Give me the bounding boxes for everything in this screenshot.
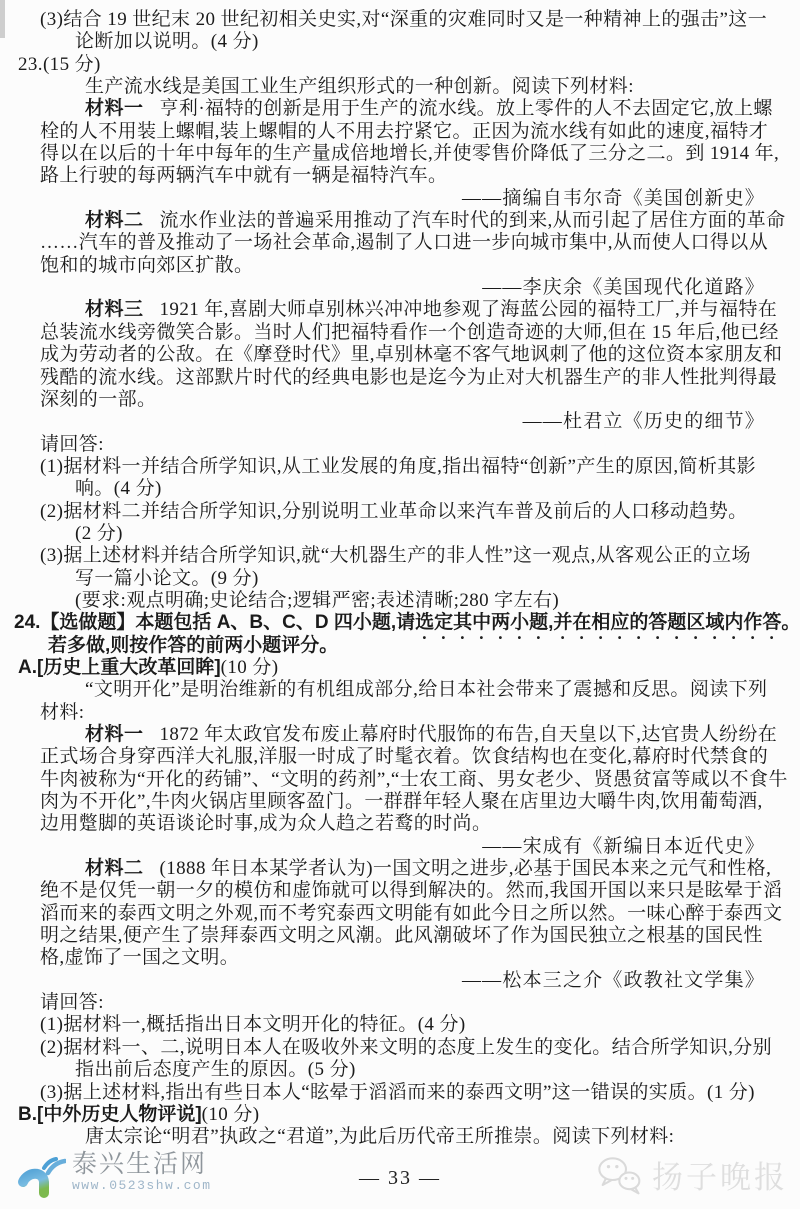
site-logo: 泰兴生活网 www.0523shw.com: [10, 1146, 212, 1202]
text-line: 残酷的流水线。这部默片时代的经典电影也是迄今为止对大机器生产的非人性批判得最: [40, 367, 777, 388]
q23-material3-line: 残酷的流水线。这部默片时代的经典电影也是迄今为止对大机器生产的非人性批判得最: [40, 367, 765, 389]
q23-material1-line: 材料一亨利·福特的创新是用于生产的流水线。放上零件的人不去固定它,放上螺: [40, 98, 765, 120]
optionB-score: (10 分): [202, 1104, 260, 1125]
optionA-letter: A.: [18, 657, 37, 678]
text-line: 指出前后态度产生的原因。(5 分): [75, 1059, 356, 1080]
q23-material3-line: 深刻的一部。: [40, 389, 765, 411]
text-line: (要求:观点明确;史论结合;逻辑严密;表述清晰;280 字左右): [75, 590, 559, 611]
text-line: 明之结果,便产生了崇拜泰西文明之风潮。此风潮破坏了作为国民独立之根基的国民性: [40, 925, 763, 946]
site-logo-icon: [10, 1146, 66, 1202]
text-line: 牛肉被称为“开化的药铺”、“文明的药剂”,“士农工商、男女老少、贤愚贫富等咸以不…: [40, 769, 788, 790]
optionA-title: [历史上重大改革回眸]: [37, 657, 221, 678]
q23-subq2-line: (2)据材料二并结合所学知识,分别说明工业革命以来汽车普及前后的人口移动趋势。: [40, 501, 765, 523]
text-line: (1)据材料一,概括指出日本文明开化的特征。(4 分): [40, 1014, 466, 1035]
text-line: 得以在以后的十年中每年的生产量成倍地增长,并使零售价降低了三分之二。到 1914…: [40, 143, 779, 164]
text-line: 响。(4 分): [75, 478, 162, 499]
prev-question-line: 论断加以说明。(4 分): [40, 31, 765, 53]
material1-label: 材料一: [85, 724, 144, 745]
optionB-letter: B.: [18, 1104, 37, 1125]
text-line: 若多做,则按作答的前两小题评分。: [48, 635, 338, 656]
source-attribution: ——李庆余《美国现代化道路》: [482, 277, 765, 298]
optionA-material1-line: 肉为不开化”,牛肉火锅店里顾客盈门。一群群年轻人聚在店里边大嚼牛肉,饮用葡萄酒,: [40, 791, 765, 813]
q23-material3-line: 成为劳动者的公敌。在《摩登时代》里,卓别林毫不客气地讽刺了他的这位资本家朋友和: [40, 344, 765, 366]
text-line: 路上行驶的每两辆汽车中就有一辆是福特汽车。: [40, 165, 447, 186]
optionA-material1-line: 材料一1872 年太政官发布废止幕府时代服饰的布告,自天皇以下,达官贵人纷纷在: [40, 724, 765, 746]
text-line: (1888 年日本某学者认为)一国文明之进步,必基于国民本来之元气和性格,: [160, 858, 772, 879]
material1-label: 材料一: [85, 98, 144, 119]
material2-label: 材料二: [85, 858, 144, 879]
optionA-intro-line: 材料:: [40, 702, 765, 724]
q24-heading: 24.【选做题】本题包括 A、B、C、D 四小题,请选定其中两小题,并在相应的答…: [14, 612, 765, 634]
q23-material2-line: 饱和的城市向郊区扩散。: [40, 255, 765, 277]
q23-material1-source: ——摘编自韦尔奇《美国创新史》: [40, 188, 765, 210]
text-line: (3)据上述材料,指出有些日本人“眩晕于滔滔而来的泰西文明”这一错误的实质。(1…: [40, 1082, 755, 1103]
optionB-title: [中外历史人物评说]: [37, 1104, 202, 1125]
q23-subq2-line: (2 分): [40, 523, 765, 545]
text-line: 材料:: [40, 702, 84, 723]
q24-heading-cont: 若多做,则按作答的前两小题评分。: [40, 635, 765, 657]
q23-material2-line: ……汽车的普及推动了一场社会革命,遏制了人口进一步向城市集中,从而使人口得以从: [40, 232, 765, 254]
q23-subq3-line: 写一篇小论文。(9 分): [40, 568, 765, 590]
text-line: (3)据上述材料并结合所学知识,就“大机器生产的非人性”这一观点,从客观公正的立…: [40, 545, 751, 566]
text-line: 亨利·福特的创新是用于生产的流水线。放上零件的人不去固定它,放上螺: [160, 98, 773, 119]
text-line: 正式场合身穿西洋大礼服,洋服一时成了时髦衣着。饮食结构也在变化,幕府时代禁食的: [40, 746, 768, 767]
q23-heading: 23.(15 分): [18, 54, 765, 76]
q23-material1-line: 得以在以后的十年中每年的生产量成倍地增长,并使零售价降低了三分之二。到 1914…: [40, 143, 765, 165]
text-line: ……汽车的普及推动了一场社会革命,遏制了人口进一步向城市集中,从而使人口得以从: [40, 232, 768, 253]
optionA-material1-line: 牛肉被称为“开化的药铺”、“文明的药剂”,“士农工商、男女老少、贤愚贫富等咸以不…: [40, 769, 765, 791]
q23-number: 23.(15 分): [18, 54, 101, 75]
site-logo-text: 泰兴生活网 www.0523shw.com: [72, 1146, 212, 1194]
optionA-material2-line: 材料二(1888 年日本某学者认为)一国文明之进步,必基于国民本来之元气和性格,: [40, 858, 765, 880]
q23-intro: 生产流水线是美国工业生产组织形式的一种创新。阅读下列材料:: [40, 76, 765, 98]
site-name: 泰兴生活网: [72, 1150, 212, 1178]
text-line: 深刻的一部。: [40, 389, 156, 410]
text-line: 饱和的城市向郊区扩散。: [40, 255, 253, 276]
optionA-material1-line: 边用蹩脚的英语谈论时事,成为众人趋之若鹜的时尚。: [40, 813, 765, 835]
optionA-material2-line: 格,虚饰了一国之文明。: [40, 947, 765, 969]
newspaper-watermark: 扬子晚报: [596, 1152, 788, 1197]
text-line: 论断加以说明。(4 分): [75, 31, 259, 52]
text-line: 边用蹩脚的英语谈论时事,成为众人趋之若鹜的时尚。: [40, 813, 491, 834]
text-line: 滔而来的泰西文明之外观,而不考究泰西文明能有如此今日之所以然。一味心醉于泰西文: [40, 903, 782, 924]
optionA-material2-line: 滔而来的泰西文明之外观,而不考究泰西文明能有如此今日之所以然。一味心醉于泰西文: [40, 903, 765, 925]
text-line: 肉为不开化”,牛肉火锅店里顾客盈门。一群群年轻人聚在店里边大嚼牛肉,饮用葡萄酒,: [40, 791, 763, 812]
exam-page-content: (3)结合 19 世纪末 20 世纪初相关史实,对“深重的灾难同时又是一种精神上…: [0, 0, 800, 1149]
prev-question-line: (3)结合 19 世纪末 20 世纪初相关史实,对“深重的灾难同时又是一种精神上…: [40, 9, 765, 31]
watermark-text: 扬子晚报: [652, 1152, 788, 1197]
text-line: 成为劳动者的公敌。在《摩登时代》里,卓别林毫不客气地讽刺了他的这位资本家朋友和: [40, 344, 782, 365]
optionA-intro-line: “文明开化”是明治维新的有机组成部分,给日本社会带来了震撼和反思。阅读下列: [40, 679, 765, 701]
q23-subq1-line: 响。(4 分): [40, 478, 765, 500]
optionA-material1-source: ——宋成有《新编日本近代史》: [40, 836, 765, 858]
q23-material2-line: 材料二流水作业法的普遍采用推动了汽车时代的到来,从而引起了居住方面的革命: [40, 210, 765, 232]
optionB-heading: B.[中外历史人物评说](10 分): [18, 1104, 765, 1126]
optionA-material2-source: ——松本三之介《政教社文学集》: [40, 970, 765, 992]
optionA-subq2-line: (2)据材料一、二,说明日本人在吸收外来文明的态度上发生的变化。结合所学知识,分…: [40, 1037, 765, 1059]
q23-material3-line: 总装流水线旁微笑合影。当时人们把福特看作一个创造奇迹的大师,但在 15 年后,他…: [40, 322, 765, 344]
text-line: 栓的人不用装上螺帽,装上螺帽的人不用去拧紧它。正因为流水线有如此的速度,福特才: [40, 121, 768, 142]
site-url: www.0523shw.com: [72, 1178, 212, 1194]
optionA-material2-line: 绝不是仅凭一朝一夕的模仿和虚饰就可以得到解决的。然而,我国开国以来只是眩晕于滔: [40, 880, 765, 902]
text-line: 唐太宗论“明君”执政之“君道”,为此后历代帝王所推崇。阅读下列材料:: [85, 1126, 674, 1147]
text-line: 生产流水线是美国工业生产组织形式的一种创新。阅读下列材料:: [85, 76, 634, 97]
text-line: (2)据材料二并结合所学知识,分别说明工业革命以来汽车普及前后的人口移动趋势。: [40, 501, 748, 522]
text-line: (3)结合 19 世纪末 20 世纪初相关史实,对“深重的灾难同时又是一种精神上…: [40, 9, 767, 30]
q24-emphasized-text: 选定其中两小题,并在相应的答题区域内作答。: [415, 612, 800, 633]
optionA-subq2-line: 指出前后态度产生的原因。(5 分): [40, 1059, 765, 1081]
material3-label: 材料三: [85, 299, 144, 320]
optionA-ask: 请回答:: [40, 992, 765, 1014]
source-attribution: ——松本三之介《政教社文学集》: [462, 970, 765, 991]
text-line: 格,虚饰了一国之文明。: [40, 947, 239, 968]
text-line: “文明开化”是明治维新的有机组成部分,给日本社会带来了震撼和反思。阅读下列: [85, 679, 767, 700]
material2-label: 材料二: [85, 210, 144, 231]
optionA-heading: A.[历史上重大改革回眸](10 分): [18, 657, 765, 679]
source-attribution: ——杜君立《历史的细节》: [523, 411, 765, 432]
optionA-score: (10 分): [221, 657, 279, 678]
q23-subq3-line: (3)据上述材料并结合所学知识,就“大机器生产的非人性”这一观点,从客观公正的立…: [40, 545, 765, 567]
q23-material1-line: 栓的人不用装上螺帽,装上螺帽的人不用去拧紧它。正因为流水线有如此的速度,福特才: [40, 121, 765, 143]
text-line: 总装流水线旁微笑合影。当时人们把福特看作一个创造奇迹的大师,但在 15 年后,他…: [40, 322, 779, 343]
text-line: 1872 年太政官发布废止幕府时代服饰的布告,自天皇以下,达官贵人纷纷在: [160, 724, 778, 745]
wechat-icon: [596, 1153, 652, 1197]
text-line: (2)据材料一、二,说明日本人在吸收外来文明的态度上发生的变化。结合所学知识,分…: [40, 1037, 772, 1058]
optionA-material1-line: 正式场合身穿西洋大礼服,洋服一时成了时髦衣着。饮食结构也在变化,幕府时代禁食的: [40, 746, 765, 768]
q24-heading-text: 24.【选做题】本题包括 A、B、C、D 四小题,请: [14, 612, 415, 633]
optionA-subq1: (1)据材料一,概括指出日本文明开化的特征。(4 分): [40, 1014, 765, 1036]
source-attribution: ——摘编自韦尔奇《美国创新史》: [462, 188, 765, 209]
q23-ask: 请回答:: [40, 434, 765, 456]
text-line: (1)据材料一并结合所学知识,从工业发展的角度,指出福特“创新”产生的原因,简析…: [40, 456, 756, 477]
text-line: (2 分): [75, 523, 123, 544]
q23-material2-source: ——李庆余《美国现代化道路》: [40, 277, 765, 299]
q23-requirements: (要求:观点明确;史论结合;逻辑严密;表述清晰;280 字左右): [40, 590, 765, 612]
text-line: 写一篇小论文。(9 分): [75, 568, 259, 589]
text-line: 1921 年,喜剧大师卓别林兴冲冲地参观了海蓝公园的福特工厂,并与福特在: [160, 299, 778, 320]
optionA-material2-line: 明之结果,便产生了崇拜泰西文明之风潮。此风潮破坏了作为国民独立之根基的国民性: [40, 925, 765, 947]
text-line: 请回答:: [40, 434, 104, 455]
source-attribution: ——宋成有《新编日本近代史》: [482, 836, 765, 857]
q23-material1-line: 路上行驶的每两辆汽车中就有一辆是福特汽车。: [40, 165, 765, 187]
q23-material3-line: 材料三1921 年,喜剧大师卓别林兴冲冲地参观了海蓝公园的福特工厂,并与福特在: [40, 299, 765, 321]
scan-edge-smudge: [0, 0, 5, 38]
text-line: 流水作业法的普遍采用推动了汽车时代的到来,从而引起了居住方面的革命: [160, 210, 786, 231]
text-line: 绝不是仅凭一朝一夕的模仿和虚饰就可以得到解决的。然而,我国开国以来只是眩晕于滔: [40, 880, 782, 901]
optionA-subq3: (3)据上述材料,指出有些日本人“眩晕于滔滔而来的泰西文明”这一错误的实质。(1…: [40, 1082, 765, 1104]
q23-subq1-line: (1)据材料一并结合所学知识,从工业发展的角度,指出福特“创新”产生的原因,简析…: [40, 456, 765, 478]
q23-material3-source: ——杜君立《历史的细节》: [40, 411, 765, 433]
text-line: 请回答:: [40, 992, 104, 1013]
